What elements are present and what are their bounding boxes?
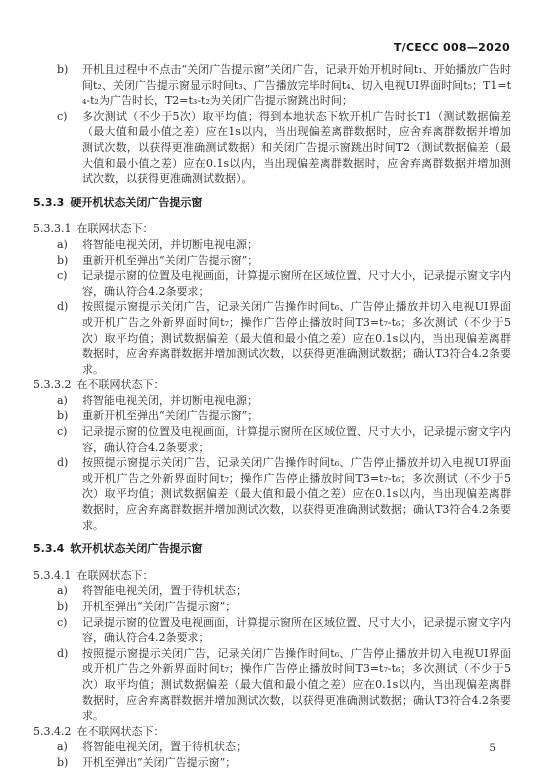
list-item: a) 将智能电视关闭，置于待机状态； — [57, 739, 511, 755]
subclause-5-3-4-2: 5.3.4.2在不联网状态下： — [33, 724, 511, 740]
list-marker: b) — [57, 62, 82, 109]
clause-heading-5-3-3: 5.3.3硬开机状态关闭广告提示窗 — [33, 195, 511, 211]
list-item: b) 重新开机至弹出“关闭广告提示窗”； — [57, 253, 511, 269]
list-marker: c) — [57, 109, 82, 187]
list-item-text: 将智能电视关闭，置于待机状态； — [82, 583, 511, 599]
list-item: b) 开机且过程中不点击“关闭广告提示窗”关闭广告，记录开始开机时间t₁、开始播… — [57, 62, 511, 109]
list-marker: c) — [57, 268, 82, 299]
clause-title: 软开机状态关闭广告提示窗 — [70, 542, 202, 555]
subclause-title: 在不联网状态下： — [76, 725, 164, 738]
list-item-text: 重新开机至弹出“关闭广告提示窗”； — [82, 408, 511, 424]
document-body: b) 开机且过程中不点击“关闭广告提示窗”关闭广告，记录开始开机时间t₁、开始播… — [33, 62, 511, 771]
clause-heading-5-3-4: 5.3.4软开机状态关闭广告提示窗 — [33, 541, 511, 557]
clause-number: 5.3.3 — [33, 196, 64, 209]
list-item-text: 将智能电视关闭，置于待机状态； — [82, 739, 511, 755]
list-item-text: 开机至弹出“关闭广告提示窗”； — [82, 755, 511, 771]
subclause-title: 在联网状态下： — [76, 222, 153, 235]
subclause-number: 5.3.4.1 — [33, 569, 71, 582]
subclause-number: 5.3.4.2 — [33, 725, 71, 738]
list-item-text: 开机且过程中不点击“关闭广告提示窗”关闭广告，记录开始开机时间t₁、开始播放广告… — [82, 62, 511, 109]
list-item: a) 将智能电视关闭，并切断电视电源； — [57, 237, 511, 253]
page-footer: 5 — [489, 742, 496, 754]
list-item-text: 多次测试（不少于5次）取平均值；得到本地状态下软开机广告时长T1（测试数据偏差（… — [82, 109, 511, 187]
list-item-text: 按照提示窗提示关闭广告，记录关闭广告操作时间t₆、广告停止播放并切入电视UI界面… — [82, 646, 511, 724]
list-item: b) 开机至弹出“关闭广告提示窗”； — [57, 599, 511, 615]
list-item-text: 记录提示窗的位置及电视画面，计算提示窗所在区域位置、尺寸大小，记录提示窗文字内容… — [82, 615, 511, 646]
page-number: 5 — [489, 742, 496, 754]
subclause-number: 5.3.3.1 — [33, 222, 71, 235]
list-item-text: 将智能电视关闭，并切断电视电源； — [82, 393, 511, 409]
list-item: d) 按照提示窗提示关闭广告，记录关闭广告操作时间t₆、广告停止播放并切入电视U… — [57, 299, 511, 377]
subclause-number: 5.3.3.2 — [33, 378, 71, 391]
list-marker: d) — [57, 299, 82, 377]
subclause-title: 在不联网状态下： — [76, 378, 164, 391]
list-marker: a) — [57, 393, 82, 409]
list-item: a) 将智能电视关闭，置于待机状态； — [57, 583, 511, 599]
list-marker: b) — [57, 408, 82, 424]
list-item: c) 记录提示窗的位置及电视画面，计算提示窗所在区域位置、尺寸大小，记录提示窗文… — [57, 268, 511, 299]
list-marker: c) — [57, 615, 82, 646]
list-item-text: 将智能电视关闭，并切断电视电源； — [82, 237, 511, 253]
list-marker: b) — [57, 599, 82, 615]
page-header: T/CECC 008—2020 — [394, 41, 510, 54]
subclause-5-3-3-2: 5.3.3.2在不联网状态下： — [33, 377, 511, 393]
list-item: d) 按照提示窗提示关闭广告，记录关闭广告操作时间t₆、广告停止播放并切入电视U… — [57, 455, 511, 533]
list-marker: d) — [57, 455, 82, 533]
list-marker: b) — [57, 253, 82, 269]
list-marker: a) — [57, 739, 82, 755]
list-marker: d) — [57, 646, 82, 724]
list-item: c) 记录提示窗的位置及电视画面，计算提示窗所在区域位置、尺寸大小，记录提示窗文… — [57, 615, 511, 646]
clause-title: 硬开机状态关闭广告提示窗 — [70, 196, 202, 209]
document-page: T/CECC 008—2020 b) 开机且过程中不点击“关闭广告提示窗”关闭广… — [0, 0, 544, 779]
list-item: d) 按照提示窗提示关闭广告，记录关闭广告操作时间t₆、广告停止播放并切入电视U… — [57, 646, 511, 724]
list-marker: c) — [57, 424, 82, 455]
list-item-text: 按照提示窗提示关闭广告，记录关闭广告操作时间t₆、广告停止播放并切入电视UI界面… — [82, 299, 511, 377]
list-item: b) 重新开机至弹出“关闭广告提示窗”； — [57, 408, 511, 424]
list-item-text: 重新开机至弹出“关闭广告提示窗”； — [82, 253, 511, 269]
subclause-5-3-4-1: 5.3.4.1在联网状态下： — [33, 568, 511, 584]
list-item-text: 记录提示窗的位置及电视画面，计算提示窗所在区域位置、尺寸大小，记录提示窗文字内容… — [82, 424, 511, 455]
subclause-title: 在联网状态下： — [76, 569, 153, 582]
list-item: b) 开机至弹出“关闭广告提示窗”； — [57, 755, 511, 771]
clause-number: 5.3.4 — [33, 542, 64, 555]
list-item: a) 将智能电视关闭，并切断电视电源； — [57, 393, 511, 409]
list-item-text: 按照提示窗提示关闭广告，记录关闭广告操作时间t₆、广告停止播放并切入电视UI界面… — [82, 455, 511, 533]
list-item-text: 开机至弹出“关闭广告提示窗”； — [82, 599, 511, 615]
list-item-text: 记录提示窗的位置及电视画面，计算提示窗所在区域位置、尺寸大小，记录提示窗文字内容… — [82, 268, 511, 299]
list-item: c) 多次测试（不少于5次）取平均值；得到本地状态下软开机广告时长T1（测试数据… — [57, 109, 511, 187]
list-marker: a) — [57, 237, 82, 253]
doc-number: T/CECC 008—2020 — [394, 41, 510, 54]
list-marker: a) — [57, 583, 82, 599]
subclause-5-3-3-1: 5.3.3.1在联网状态下： — [33, 221, 511, 237]
list-marker: b) — [57, 755, 82, 771]
list-item: c) 记录提示窗的位置及电视画面，计算提示窗所在区域位置、尺寸大小，记录提示窗文… — [57, 424, 511, 455]
